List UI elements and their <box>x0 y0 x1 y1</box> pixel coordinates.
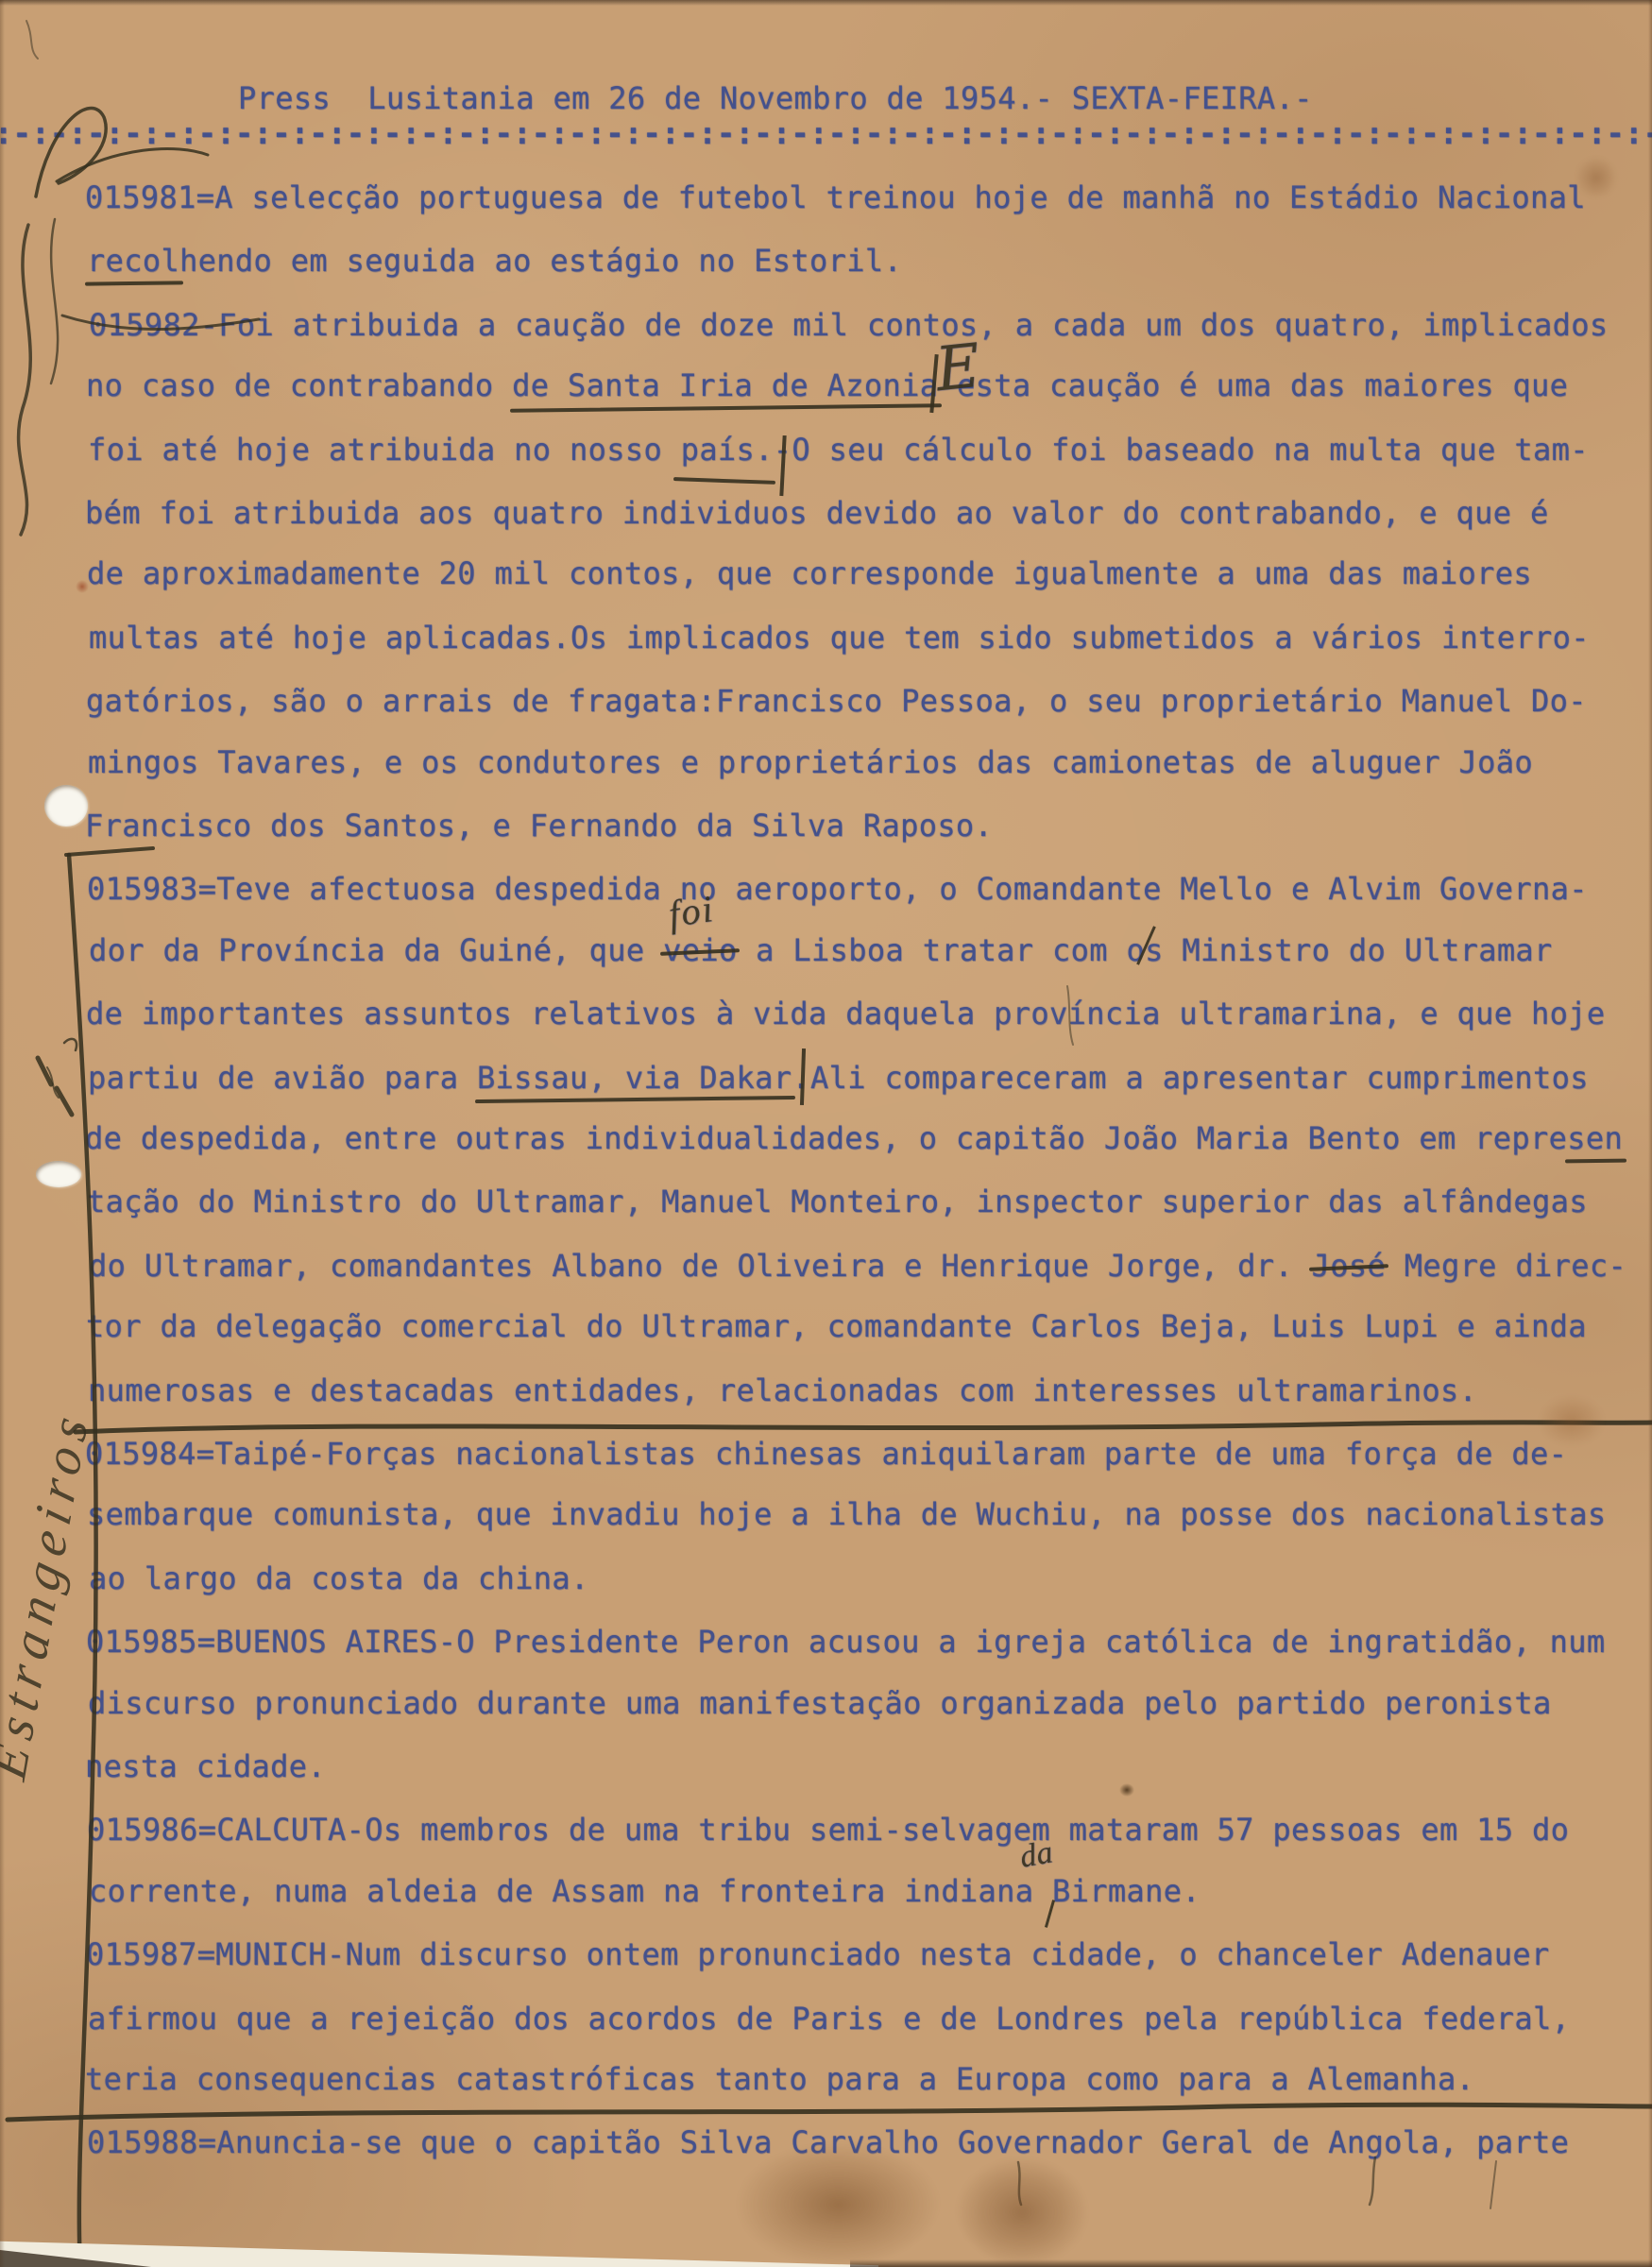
pen-mark-underline <box>510 403 942 412</box>
annotated-word: Birmane.da <box>1052 1873 1201 1909</box>
annotated-word: estaE <box>957 367 1030 403</box>
pen-mark-underline <box>475 1096 795 1103</box>
typed-line: mingos Tavares, e os condutores e propri… <box>88 742 1533 782</box>
typed-line: corrente, numa aldeia de Assam na fronte… <box>89 1871 1201 1911</box>
annotated-word: Bissau, via Dakar <box>477 1060 792 1096</box>
page-title: Press Lusitania em 26 de Novembro de 195… <box>238 78 1313 118</box>
typed-line: 015981=A selecção portuguesa de futebol … <box>85 178 1586 217</box>
pen-mark-barafter <box>780 435 787 496</box>
typed-line: afirmou que a rejeição dos acordos de Pa… <box>88 1999 1570 2038</box>
typed-line: discurso pronunciado durante uma manifes… <box>88 1683 1552 1723</box>
pen-mark-underline <box>85 281 183 285</box>
typed-line: recolhendo em seguida ao estágio no Esto… <box>87 241 902 281</box>
pen-mark-strike <box>1309 1264 1389 1270</box>
section-bracket <box>66 848 153 855</box>
pen-mark-underlow <box>673 477 775 484</box>
typed-line: 015988=Anuncia-se que o capitão Silva Ca… <box>87 2122 1569 2162</box>
annotated-word: Ali <box>810 1060 866 1096</box>
annotated-word: de Santa Iria de Azonia <box>512 367 938 403</box>
pen-mark-slash <box>1136 926 1156 964</box>
pen-mark-underline <box>1565 1158 1626 1162</box>
typed-line: sembarque comunista, que invadiu hoje a … <box>87 1494 1606 1534</box>
typed-line: 015983=Teve afectuosa despedida no aerop… <box>87 869 1588 909</box>
typed-line: 015987=MUNICH-Num discurso ontem pronunc… <box>86 1935 1550 1974</box>
scan-edge <box>0 0 5 2267</box>
pen-mark-barbefore <box>800 1048 806 1105</box>
typed-line: gatórios, são o arrais de fragata:Franci… <box>86 681 1587 721</box>
typed-line: bém foi atribuida aos quatro individuos … <box>85 493 1549 533</box>
section-divider-line-1 <box>76 1423 1652 1432</box>
pen-mark-caret <box>1045 1900 1055 1928</box>
typed-line: de importantes assuntos relativos à vida… <box>86 994 1605 1033</box>
typed-line: multas até hoje aplicadas.Os implicados … <box>89 618 1590 657</box>
typed-line: tação do Ministro do Ultramar, Manuel Mo… <box>87 1182 1588 1221</box>
typed-line: tor da delegação comercial do Ultramar, … <box>86 1306 1587 1346</box>
typed-line: teria consequencias catastróficas tanto … <box>85 2059 1474 2099</box>
typed-line: Francisco dos Santos, e Fernando da Silv… <box>85 806 993 845</box>
margin-section-label: Estrangeiros <box>0 1402 102 1786</box>
paper-bottom-edge <box>0 2235 878 2267</box>
typed-line: nesta cidade. <box>85 1747 326 1786</box>
pen-mark-strike <box>660 948 741 955</box>
typed-line: partiu de avião para Bissau, via Dakar.A… <box>88 1058 1589 1098</box>
annotated-word: José <box>1312 1248 1386 1284</box>
typed-line: 015982-Foi atribuida a caução de doze mi… <box>89 305 1608 345</box>
bottom-edge-shadow <box>850 2259 1652 2267</box>
typed-line: no caso de contrabando de Santa Iria de … <box>86 366 1568 405</box>
scan-edge <box>1648 0 1652 2267</box>
scanned-typewritten-page: Press Lusitania em 26 de Novembro de 195… <box>0 0 1652 2267</box>
annotated-word: recol <box>87 243 179 279</box>
annotated-word: país. <box>681 432 774 468</box>
typed-line: de despedida, entre outras individualida… <box>85 1118 1623 1158</box>
page-mark-scribble <box>38 1039 77 1115</box>
typed-line: 015984=Taipé-Forças nacionalistas chines… <box>85 1434 1567 1474</box>
margin-scrawl <box>19 219 59 535</box>
punch-hole-bottom <box>36 1161 81 1187</box>
typed-line: de aproximadamente 20 mil contos, que co… <box>87 554 1532 593</box>
typed-line: numerosas e destacadas entidades, relaci… <box>88 1371 1477 1410</box>
dashed-separator: :-:-:-:-:-:-:-:-:-:-:-:-:-:-:-:-:-:-:-:-… <box>0 113 1652 153</box>
typed-line: dor da Província da Guiné, que veiofoi a… <box>89 930 1553 970</box>
typed-line: ao largo da costa da china. <box>89 1559 589 1598</box>
punch-hole-top <box>44 785 88 827</box>
signature-scribble <box>26 21 208 196</box>
stain <box>956 2157 1088 2267</box>
scan-edge <box>0 0 1652 6</box>
typed-line: foi até hoje atribuida no nosso país.-O … <box>88 430 1589 469</box>
annotated-word: sen <box>1567 1120 1623 1156</box>
stain <box>1119 1783 1134 1797</box>
typed-line: 015985=BUENOS AIRES-O Presidente Peron a… <box>86 1622 1605 1662</box>
annotated-word: os <box>1127 932 1164 968</box>
typed-line: do Ultramar, comandantes Albano de Olive… <box>89 1246 1626 1286</box>
annotated-word: veiofoi <box>663 932 737 968</box>
typed-line: 015986=CALCUTA-Os membros de uma tribu s… <box>87 1810 1569 1849</box>
section-divider-line-2 <box>8 2105 1652 2120</box>
